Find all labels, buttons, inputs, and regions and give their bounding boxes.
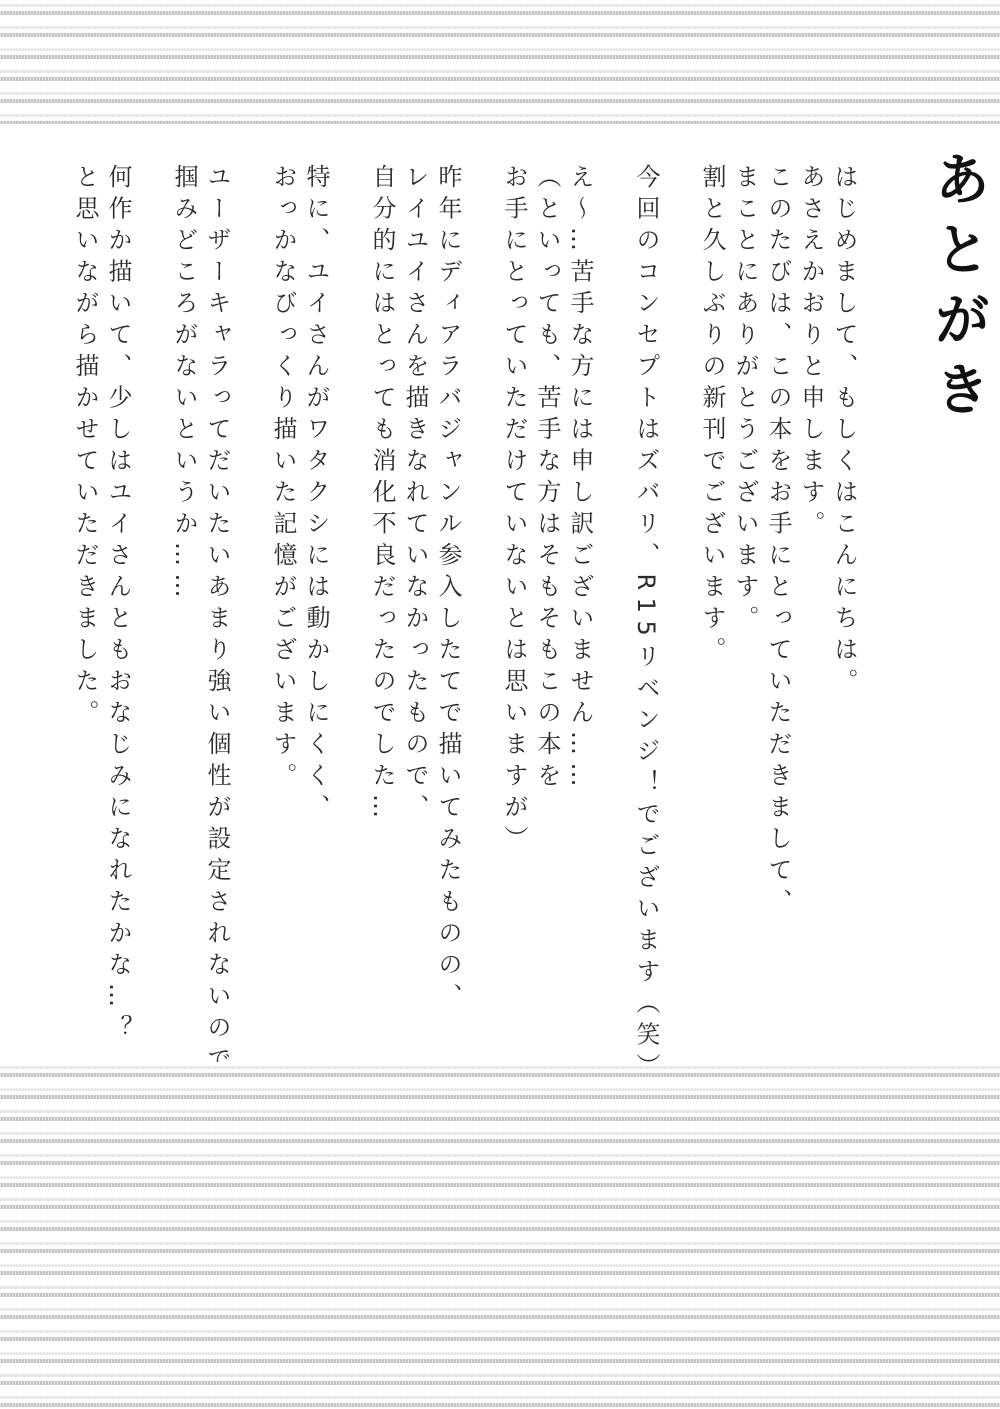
text-line: 今回のコンセプトはズバリ、R15リベンジ！でございます（笑） bbox=[629, 164, 662, 1064]
text-line: え～…苦手な方には申し訳ございません…… bbox=[563, 164, 596, 1064]
paragraph-gap bbox=[662, 164, 695, 1064]
text-line: おっかなびっくり描いた記憶がございます。 bbox=[266, 164, 299, 1064]
text-line: と思いながら描かせていただきました。 bbox=[68, 164, 101, 1064]
text-line: 昨年にディアラバジャンル参入したてで描いてみたものの、 bbox=[431, 164, 464, 1064]
text-line: このたびは、この本をお手にとっていただきまして、 bbox=[761, 164, 794, 1064]
text-line: はじめまして、もしくはこんにちは。 bbox=[827, 164, 860, 1064]
header-stripe-band bbox=[0, 0, 1000, 124]
text-line: あさえかおりと申します。 bbox=[794, 164, 827, 1064]
paragraph-gap bbox=[332, 164, 365, 1064]
paragraph-gap bbox=[596, 164, 629, 1064]
text-line: 掴みどころがないというか…… bbox=[167, 164, 200, 1064]
text-line: 割と久しぶりの新刊でございます。 bbox=[695, 164, 728, 1064]
paragraph-gap bbox=[464, 164, 497, 1064]
text-line: （といっても、苦手な方はそもそもこの本を bbox=[530, 164, 563, 1064]
page-title: あとがき bbox=[918, 150, 998, 430]
text-line: お手にとっていただけていないとは思いますが） bbox=[497, 164, 530, 1064]
text-line: まことにありがとうございます。 bbox=[728, 164, 761, 1064]
text-line: 自分的にはとっても消化不良だったのでした… bbox=[365, 164, 398, 1064]
paragraph-gap bbox=[233, 164, 266, 1064]
text-line: 特に、ユイさんがワタクシには動かしにくく、 bbox=[299, 164, 332, 1064]
afterword-body: はじめまして、もしくはこんにちは。 あさえかおりと申します。 このたびは、この本… bbox=[68, 164, 860, 1064]
footer-stripe-band bbox=[0, 1062, 1000, 1409]
text-line: ユーザーキャラってだいたいあまり強い個性が設定されないので、 bbox=[200, 164, 233, 1064]
paragraph-gap bbox=[134, 164, 167, 1064]
text-line: レイユイさんを描きなれていなかったもので、 bbox=[398, 164, 431, 1064]
text-line: 何作か描いて、少しはユイさんともおなじみになれたかな…？ bbox=[101, 164, 134, 1064]
